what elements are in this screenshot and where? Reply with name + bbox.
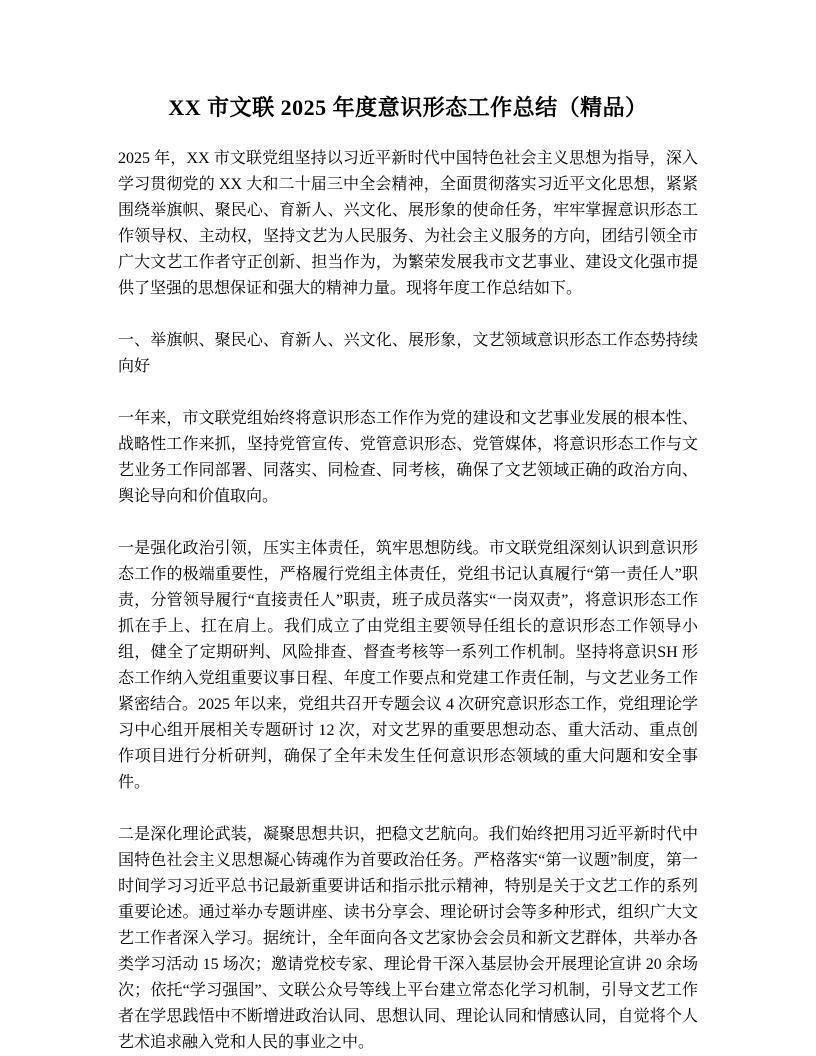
document-page: XX 市文联 2025 年度意识形态工作总结（精品） 2025 年，XX 市文联… [0,0,816,1056]
paragraph-point-2: 二是深化理论武装，凝聚思想共识，把稳文艺航向。我们始终把用习近平新时代中国特色社… [118,822,698,1056]
paragraph-intro: 2025 年，XX 市文联党组坚持以习近平新时代中国特色社会主义思想为指导，深入… [118,146,698,302]
paragraph-overview: 一年来，市文联党组始终将意识形态工作作为党的建设和文艺事业发展的根本性、战略性工… [118,406,698,510]
section-heading-1: 一、举旗帜、聚民心、育新人、兴文化、展形象，文艺领域意识形态工作态势持续向好 [118,328,698,380]
document-title: XX 市文联 2025 年度意识形态工作总结（精品） [118,92,698,124]
document-body: 2025 年，XX 市文联党组坚持以习近平新时代中国特色社会主义思想为指导，深入… [118,146,698,1056]
paragraph-point-1: 一是强化政治引领，压实主体责任，筑牢思想防线。市文联党组深刻认识到意识形态工作的… [118,536,698,796]
